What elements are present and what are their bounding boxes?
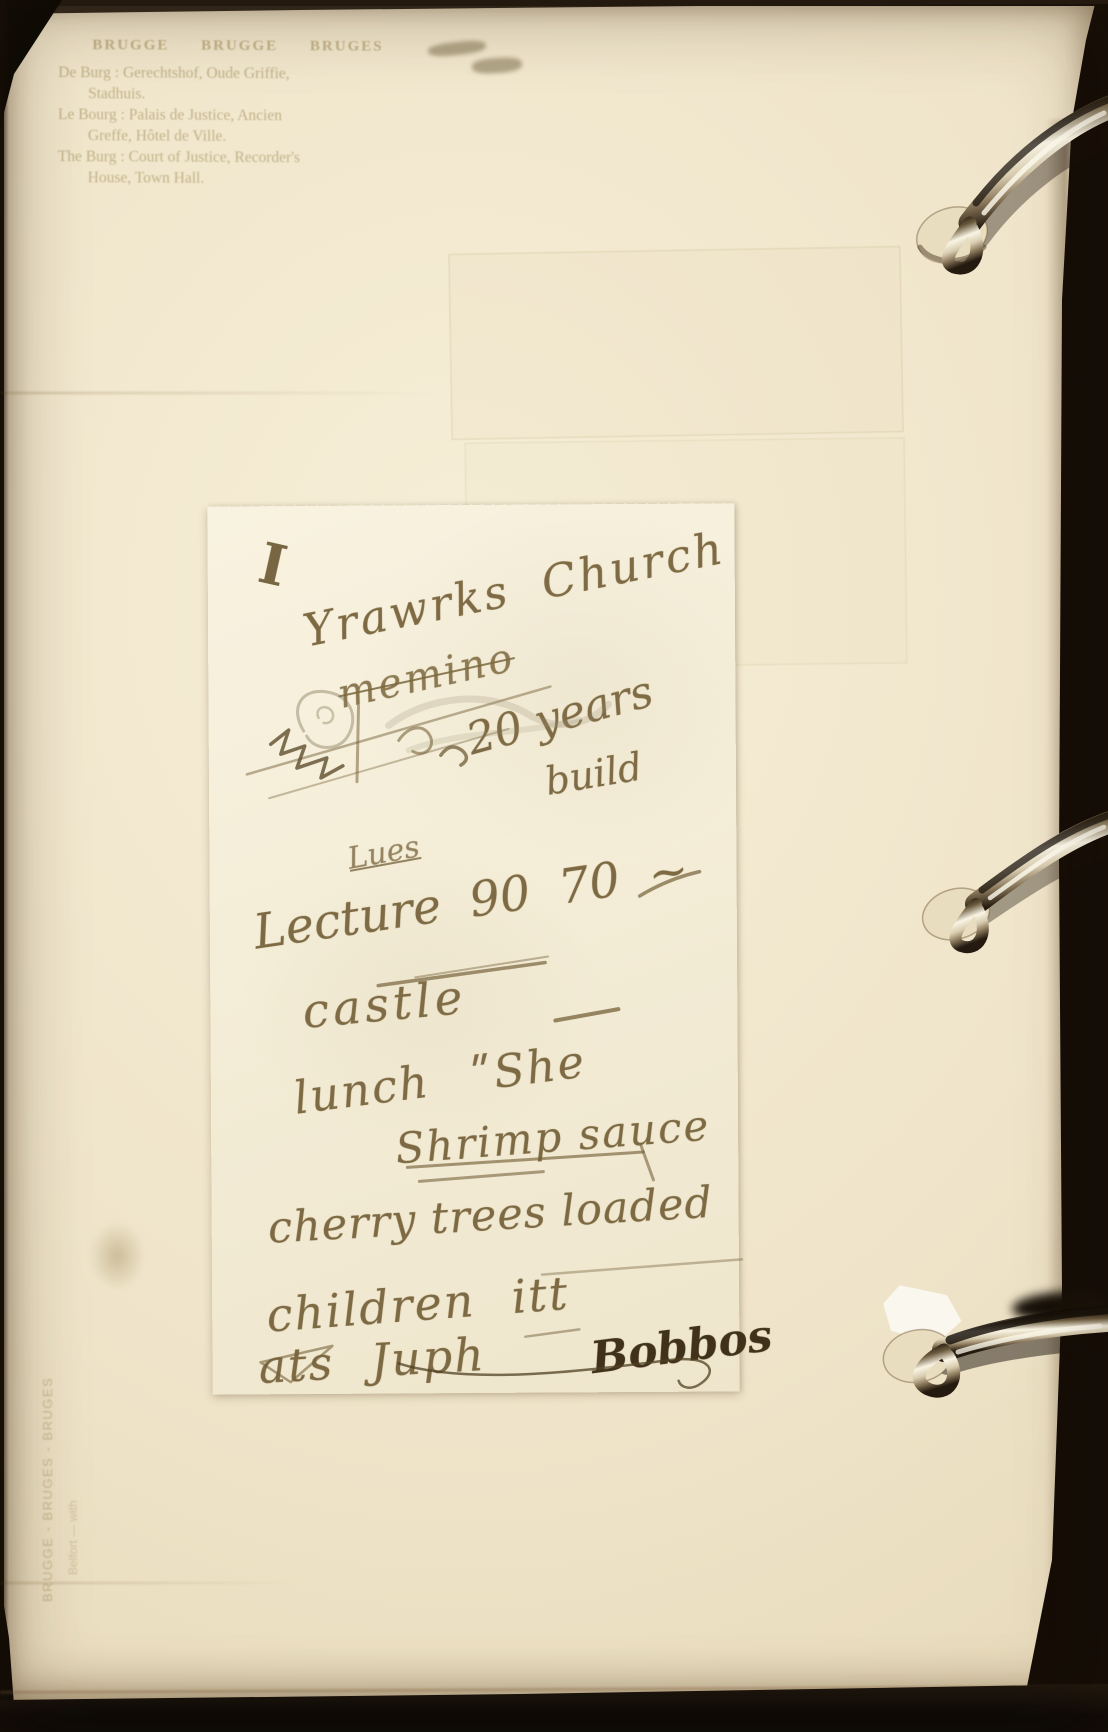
printed-caption-line: House, Town Hall.	[88, 167, 438, 190]
printed-caption-line: The Burg : Court of Justice, Recorder's	[58, 146, 438, 169]
signature-flourish	[399, 1359, 710, 1390]
binder-ring-bottom	[848, 1282, 1108, 1452]
binder-ring-middle	[868, 812, 1108, 972]
photo-left-edge	[0, 0, 9, 1732]
printed-caption: BRUGGE BRUGGE BRUGES De Burg : Gerechtsh…	[58, 37, 439, 190]
ghost-postcard-outline	[448, 246, 903, 440]
binder-page-photo: BRUGGE BRUGGE BRUGES De Burg : Gerechtsh…	[0, 0, 1108, 1732]
vertical-caption-fragments: Belfort — with	[66, 1500, 80, 1575]
pencil-doodle-overlay	[207, 503, 739, 1394]
page-crease	[0, 392, 430, 394]
printed-caption-line: De Burg : Gerechtshof, Oude Griffie,	[58, 62, 438, 85]
printed-caption-line: Greffe, Hôtel de Ville.	[88, 125, 438, 148]
note-paper: I Yrawrks Church memino 20 years build L…	[207, 503, 739, 1394]
vertical-caption-title: BRUGGE - BRUGES - BRUGES	[40, 1377, 55, 1602]
printed-caption-line: Stadhuis.	[88, 83, 438, 106]
binder-ring-top	[860, 95, 1108, 310]
paper-smudge	[80, 1210, 154, 1302]
printed-caption-line: Le Bourg : Palais de Justice, Ancien	[58, 104, 438, 127]
printed-caption-header: BRUGGE BRUGGE BRUGES	[92, 37, 438, 56]
